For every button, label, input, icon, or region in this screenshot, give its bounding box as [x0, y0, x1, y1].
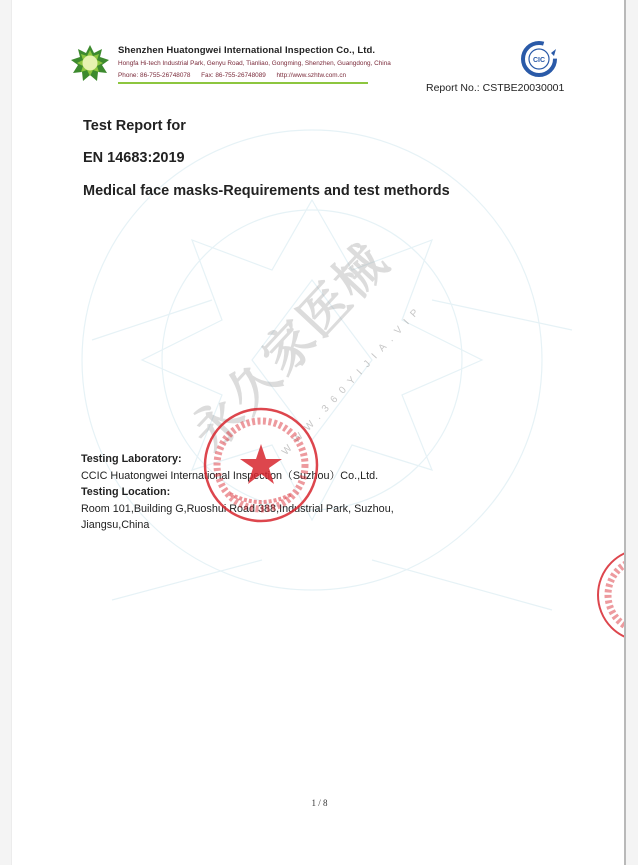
header-divider: [118, 82, 368, 84]
standard-code: EN 14683:2019: [83, 150, 185, 166]
report-title: Test Report for: [83, 118, 186, 134]
report-number: Report No.: CSTBE20030001: [426, 82, 564, 94]
report-number-label: Report No.:: [426, 82, 480, 94]
standard-name: Medical face masks-Requirements and test…: [83, 183, 450, 199]
company-website[interactable]: http://www.szhtw.com.cn: [276, 72, 346, 79]
report-number-value: CSTBE20030001: [483, 82, 565, 94]
company-fax: Fax: 86-755-26748089: [201, 72, 266, 79]
page-number: 1 / 8: [12, 798, 626, 808]
cross-page-seal-icon: [594, 545, 626, 645]
svg-text:CIC: CIC: [533, 57, 545, 64]
official-seal-stamp-icon: [202, 406, 320, 524]
ccic-logo-icon: CIC: [521, 41, 557, 77]
document-page: Shenzhen Huatongwei International Inspec…: [11, 0, 626, 865]
company-logo-icon: [70, 44, 110, 84]
company-name: Shenzhen Huatongwei International Inspec…: [118, 45, 375, 56]
company-phone: Phone: 86-755-26748078: [118, 72, 191, 79]
company-contact: Phone: 86-755-26748078 Fax: 86-755-26748…: [118, 72, 346, 79]
company-address: Hongfa Hi-tech Industrial Park, Genyu Ro…: [118, 60, 391, 67]
